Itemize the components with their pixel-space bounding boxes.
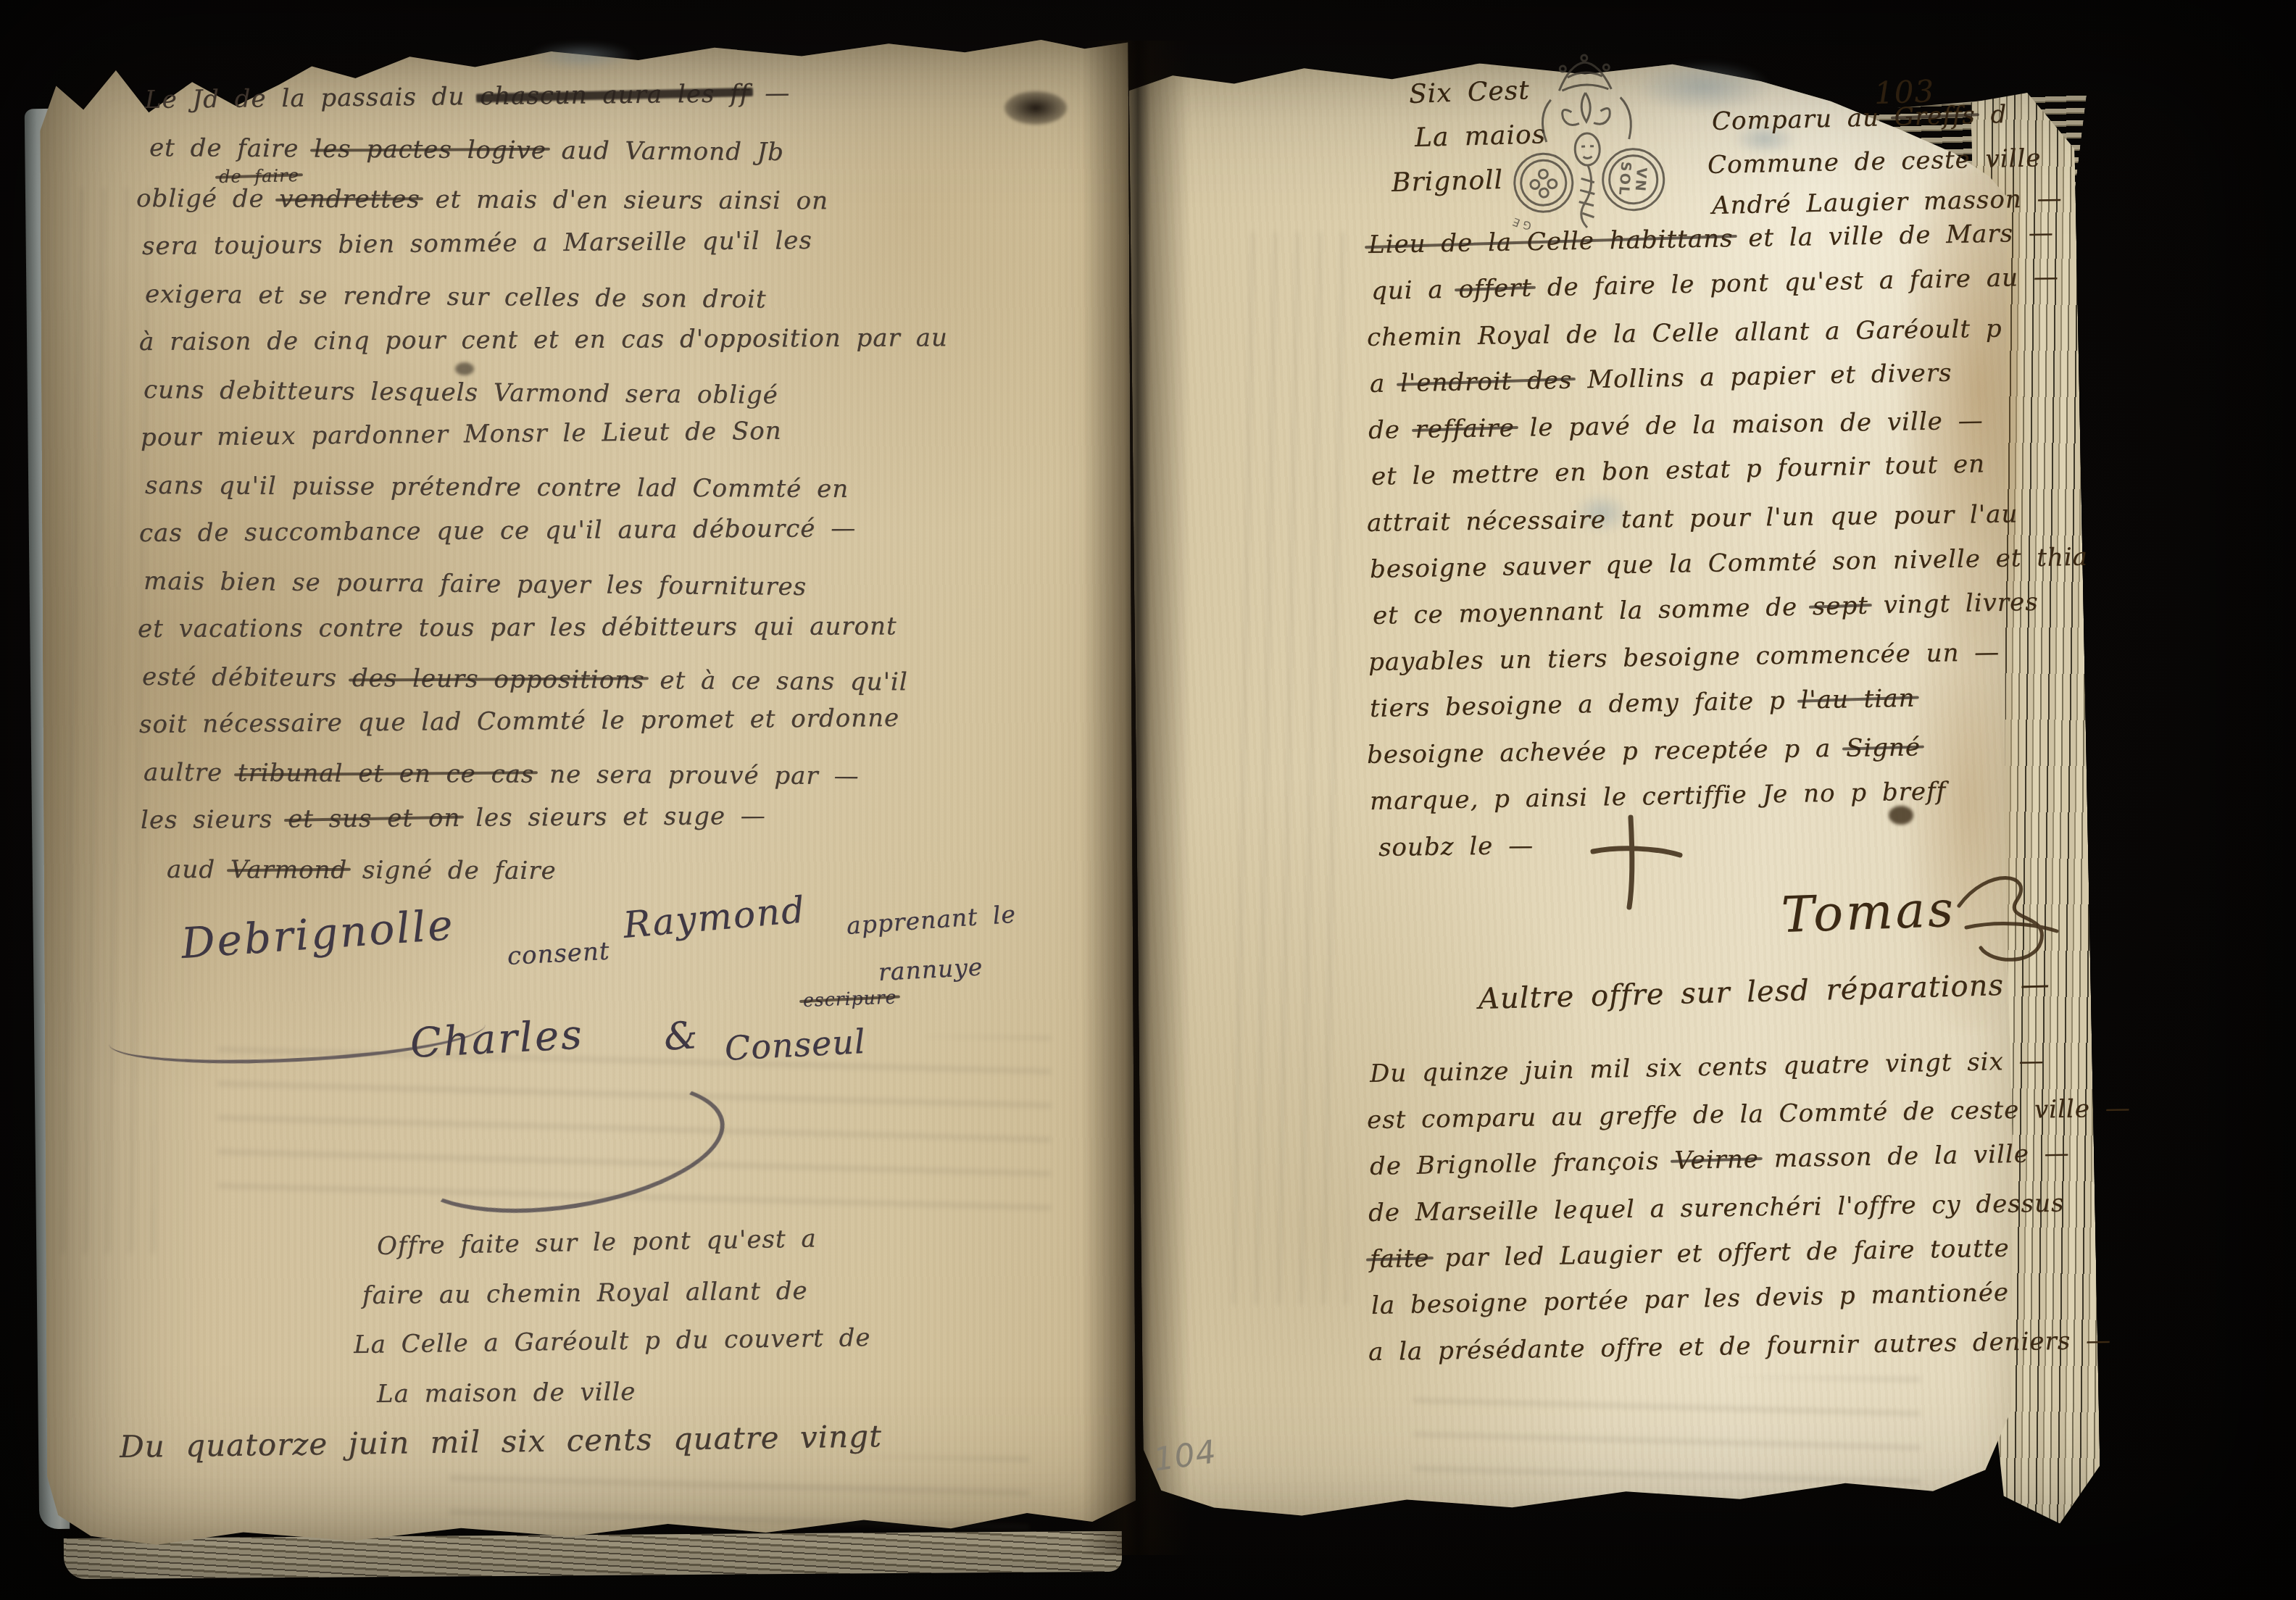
stamp-denomination: VN <box>1632 167 1650 193</box>
manuscript-line: esté débiteurs des leurs oppositions et … <box>142 662 908 696</box>
manuscript-line: et de faire les pactes logive aud Varmon… <box>149 133 784 167</box>
stamp-denomination: SOL <box>1615 161 1634 196</box>
signature-paraph-mark: & <box>662 1014 699 1059</box>
ink-blot <box>455 362 474 375</box>
manuscript-line: aud Varmond signé de faire <box>167 855 557 886</box>
manuscript-line: les sieurs et sus et on les sieurs et su… <box>141 801 766 835</box>
margin-note: Brignoll <box>1391 165 1503 198</box>
page-edge-bottom-right <box>1154 1512 1981 1570</box>
signature-note: consent <box>507 937 610 971</box>
manuscript-line: cas de succombance que ce qu'il aura déb… <box>139 514 856 548</box>
manuscript-line: soubz le — <box>1378 831 1534 862</box>
manuscript-line: La maison de ville <box>377 1378 636 1409</box>
paper-stain <box>528 42 636 70</box>
manuscript-line: obligé de vendrettes et mais d'en sieurs… <box>136 184 828 215</box>
ink-blot <box>1004 91 1067 125</box>
signature-note: rannuye <box>878 952 983 986</box>
ink-blot <box>1889 806 1913 825</box>
signature-title: Conseul <box>724 1022 867 1068</box>
manuscript-line: sans qu'il puisse prétendre contre lad C… <box>145 471 849 504</box>
manuscript-line: exigera et se rendre sur celles de son d… <box>145 280 767 314</box>
manuscript-scan: { "left_page": { "lines": [ {"pre": "Le … <box>0 0 2296 1600</box>
signature-charles: Charles <box>409 1011 585 1067</box>
signature-tomas: Tomas <box>1781 881 1958 944</box>
manuscript-line: aultre tribunal et en ce cas ne sera pro… <box>143 758 860 791</box>
signature-note-struck: escripure <box>802 986 897 1010</box>
notary-cross-icon <box>1580 812 1689 913</box>
manuscript-line: cuns debitteurs lesquels Varmond sera ob… <box>143 375 778 410</box>
manuscript-line: à raison de cinq pour cent et en cas d'o… <box>139 323 948 357</box>
signature-flourish-icon <box>1948 855 2071 978</box>
left-page <box>40 35 1136 1551</box>
manuscript-line: et vacations contre tous par les débitte… <box>138 612 897 643</box>
page-edge-bottom-left <box>64 1531 1122 1579</box>
manuscript-line: mais bien se pourra faire payer les four… <box>143 567 807 601</box>
manuscript-line: faire au chemin Royal allant de <box>362 1277 808 1310</box>
manuscript-line: sera toujours bien sommée a Marseille qu… <box>142 226 812 261</box>
tax-stamp-icon: GENER VN SOL <box>1505 45 1668 244</box>
